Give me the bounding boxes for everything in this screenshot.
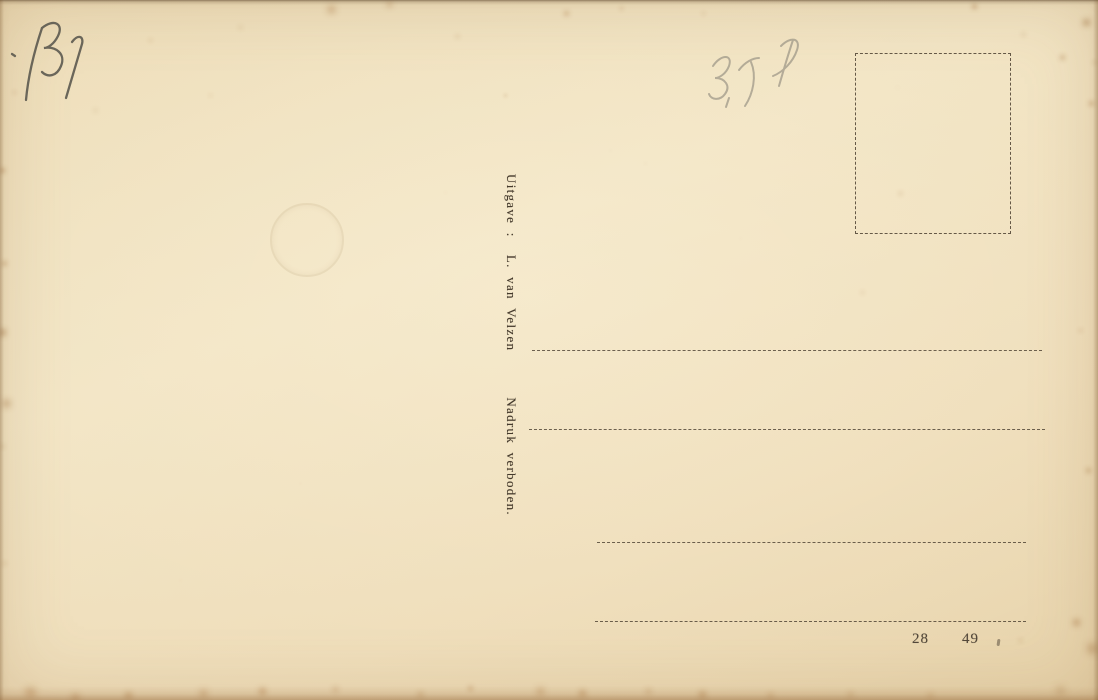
foxing-spots [0, 0, 1, 1]
pencil-mark-top-center [695, 28, 825, 118]
card-edge-right [1093, 0, 1098, 700]
card-edge-top [0, 0, 1098, 5]
address-line-1 [532, 350, 1042, 351]
embossed-ring-mark [270, 203, 344, 277]
rights-notice: Nadruk verboden. [503, 397, 519, 516]
address-line-2 [529, 429, 1045, 430]
publisher-label: Uitgave : L. van Velzen [503, 174, 519, 351]
publisher-label-text: Uitgave : [504, 174, 519, 238]
pencil-mark-top-left [4, 14, 104, 114]
postcard-back: Uitgave : L. van Velzen Nadruk verboden.… [0, 0, 1098, 700]
address-line-3 [597, 542, 1026, 543]
stamp-box [855, 53, 1011, 234]
control-number-right: 49 [962, 631, 979, 648]
stray-ink-mark [997, 639, 1001, 646]
publisher-name: L. van Velzen [504, 255, 519, 352]
card-edge-bottom [0, 686, 1098, 700]
publisher-imprint: Uitgave : L. van Velzen Nadruk verboden. [503, 174, 519, 516]
control-number-left: 28 [912, 631, 929, 648]
address-line-4 [595, 621, 1026, 622]
card-edge-left [0, 0, 4, 700]
